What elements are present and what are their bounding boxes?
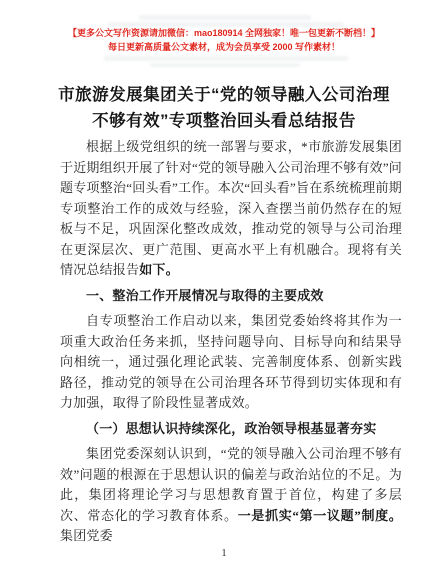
section-heading: （一）思想认识持续深化，政治领导根基显著夯实 xyxy=(60,419,402,440)
text-segment: 根据上级党组织的统一部署与要求，*市旅游发展集团于近期组织开展了针对“党的领导融… xyxy=(60,139,402,277)
paragraph: 集团党委深刻认识到，“党的领导融入公司治理不够有效”问题的根源在于思想认识的偏差… xyxy=(60,444,402,547)
document-body: 根据上级党组织的统一部署与要求，*市旅游发展集团于近期组织开展了针对“党的领导融… xyxy=(0,137,448,547)
paragraph: 根据上级党组织的统一部署与要求，*市旅游发展集团于近期组织开展了针对“党的领导融… xyxy=(60,137,402,281)
bold-text-segment: （一）思想认识持续深化，政治领导根基显著夯实 xyxy=(86,421,376,436)
paragraph: 自专项整治工作启动以来，集团党委始终将其作为一项重大政治任务来抓，坚持问题导向、… xyxy=(60,311,402,414)
document-title: 市旅游发展集团关于“党的领导融入公司治理不够有效”专项整治回头看总结报告 xyxy=(52,82,396,134)
faint-watermark-line xyxy=(150,63,300,67)
text-segment: 自专项整治工作启动以来，集团党委始终将其作为一项重大政治任务来抓，坚持问题导向、… xyxy=(60,313,402,410)
page-number: 1 xyxy=(0,547,448,559)
section-heading: 一、整治工作开展情况与取得的主要成效 xyxy=(60,286,402,307)
faint-watermark-line xyxy=(139,15,311,20)
bold-text-segment: 一、整治工作开展情况与取得的主要成效 xyxy=(86,288,324,303)
promo-banner-line1: 【更多公文写作资源请加微信：mao180914 全网独家！唯一包更新不断档！】 xyxy=(0,26,448,40)
bold-text-segment: 如下。 xyxy=(139,262,179,277)
document-page: 【更多公文写作资源请加微信：mao180914 全网独家！唯一包更新不断档！】 … xyxy=(0,0,448,580)
promo-banner: 【更多公文写作资源请加微信：mao180914 全网独家！唯一包更新不断档！】 … xyxy=(0,0,448,54)
faint-watermark-line xyxy=(108,22,344,27)
text-segment: 集团党委 xyxy=(60,528,113,543)
bold-text-segment: 一是抓实“第一议题”制度。 xyxy=(238,508,402,523)
faint-watermark-line xyxy=(104,56,348,61)
promo-banner-line2: 每日更新高质量公文素材，成为会员享受 2000 写作素材！ xyxy=(0,40,448,54)
